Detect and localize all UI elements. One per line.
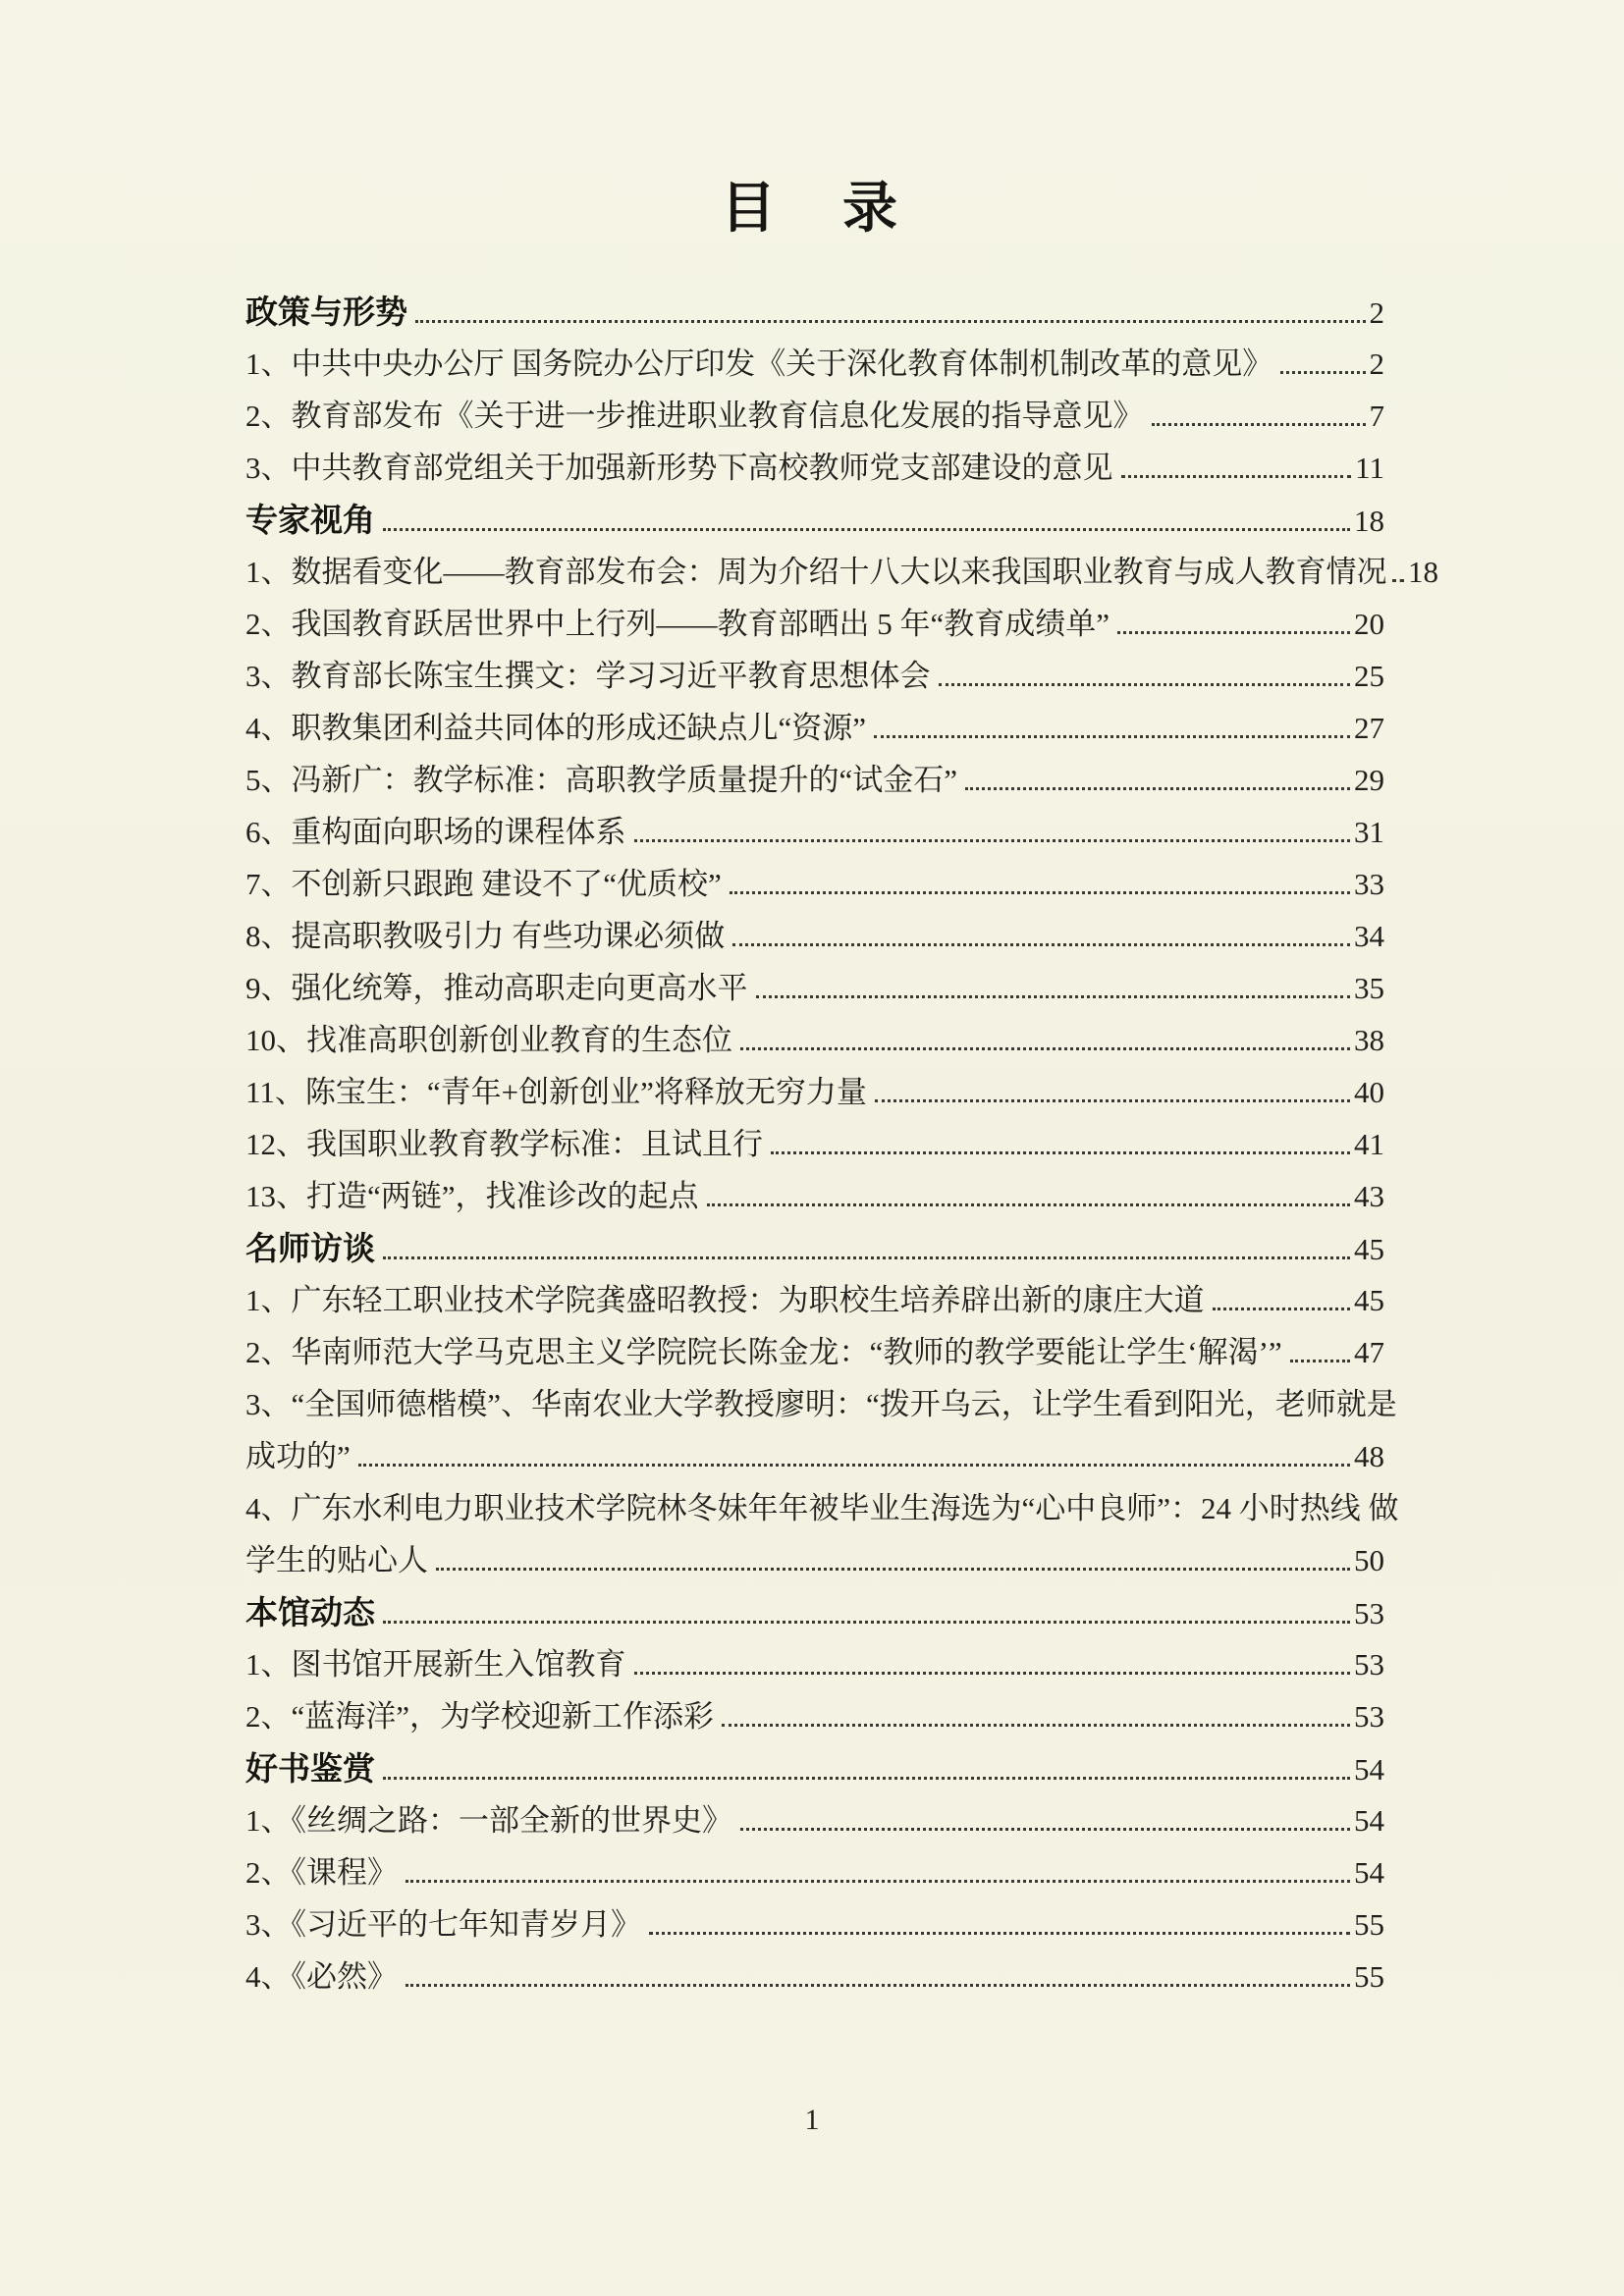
toc-item-text: 5、冯新广：教学标准：高职教学质量提升的“试金石” [245, 754, 957, 806]
dot-leader [634, 838, 1351, 842]
page-ref: 45 [1354, 1223, 1384, 1275]
toc-item-text: 2、我国教育跃居世界中上行列——教育部晒出 5 年“教育成绩单” [245, 598, 1110, 650]
toc-item-text: 3、《习近平的七年知青岁月》 [245, 1898, 641, 1950]
toc-item-text: 成功的” [245, 1430, 351, 1482]
page-ref: 55 [1354, 1898, 1384, 1950]
toc-item-row: 4、职教集团利益共同体的形成还缺点儿“资源”27 [245, 702, 1384, 754]
toc-item-text: 1、数据看变化——教育部发布会：周为介绍十八大以来我国职业教育与成人教育情况 [245, 546, 1384, 598]
dot-leader [732, 942, 1350, 946]
toc-item-text: 2、“蓝海洋”，为学校迎新工作添彩 [245, 1690, 714, 1742]
page-ref: 18 [1354, 495, 1384, 547]
toc-list: 政策与形势21、中共中央办公厅 国务院办公厅印发《关于深化教育体制机制改革的意见… [245, 286, 1384, 2002]
toc-item-text: 2、教育部发布《关于进一步推进职业教育信息化发展的指导意见》 [245, 390, 1144, 442]
page-ref: 2 [1370, 338, 1385, 390]
toc-section-row: 政策与形势2 [245, 286, 1384, 338]
toc-item-text: 7、不创新只跟跑 建设不了“优质校” [245, 858, 722, 910]
toc-item-text: 12、我国职业教育教学标准：且试且行 [245, 1118, 763, 1170]
toc-item-text: 4、职教集团利益共同体的形成还缺点儿“资源” [245, 702, 866, 754]
page-ref: 54 [1354, 1743, 1384, 1795]
page-ref: 47 [1354, 1326, 1384, 1378]
page-ref: 55 [1354, 1950, 1384, 2002]
toc-item-row: 3、中共教育部党组关于加强新形势下高校教师党支部建设的意见11 [245, 442, 1384, 494]
toc-item-row: 3、“全国师德楷模”、华南农业大学教授廖明：“拨开乌云，让学生看到阳光，老师就是 [245, 1378, 1384, 1430]
toc-item-row: 3、教育部长陈宝生撰文：学习习近平教育思想体会25 [245, 650, 1384, 702]
dot-leader [1121, 474, 1352, 478]
dot-leader [965, 786, 1350, 790]
dot-leader [730, 890, 1350, 894]
toc-section-row: 名师访谈45 [245, 1222, 1384, 1274]
page-ref: 25 [1354, 650, 1384, 702]
page-ref: 53 [1354, 1587, 1384, 1639]
toc-section-heading: 政策与形势 [245, 286, 407, 338]
toc-item-text: 4、《必然》 [245, 1950, 398, 2002]
page-ref: 53 [1354, 1690, 1384, 1742]
toc-item-row: 12、我国职业教育教学标准：且试且行41 [245, 1118, 1384, 1170]
toc-item-row: 2、教育部发布《关于进一步推进职业教育信息化发展的指导意见》7 [245, 390, 1384, 442]
footer: 1 [0, 2104, 1624, 2137]
dot-leader [383, 1776, 1350, 1780]
toc-item-text: 1、中共中央办公厅 国务院办公厅印发《关于深化教育体制机制改革的意见》 [245, 338, 1272, 390]
toc-item-row: 2、“蓝海洋”，为学校迎新工作添彩53 [245, 1690, 1384, 1742]
page-ref: 48 [1354, 1430, 1384, 1482]
toc-item-row: 2、我国教育跃居世界中上行列——教育部晒出 5 年“教育成绩单”20 [245, 598, 1384, 650]
toc-item-row: 2、华南师范大学马克思主义学院院长陈金龙：“教师的教学要能让学生‘解渴’”47 [245, 1326, 1384, 1378]
dot-leader [1280, 370, 1365, 374]
page-ref: 7 [1370, 390, 1385, 442]
page-ref: 54 [1354, 1794, 1384, 1846]
page-ref: 27 [1354, 702, 1384, 754]
page-ref: 20 [1354, 598, 1384, 650]
page-ref: 34 [1354, 910, 1384, 962]
toc-item-text: 9、强化统筹，推动高职走向更高水平 [245, 962, 748, 1014]
toc-item-text: 10、找准高职创新创业教育的生态位 [245, 1014, 732, 1066]
page-ref: 53 [1354, 1638, 1384, 1690]
toc-item-row: 3、《习近平的七年知青岁月》55 [245, 1898, 1384, 1950]
toc-item-row: 7、不创新只跟跑 建设不了“优质校”33 [245, 858, 1384, 910]
page-ref: 31 [1354, 806, 1384, 858]
toc-item-row: 13、打造“两链”，找准诊改的起点43 [245, 1170, 1384, 1222]
page-ref: 2 [1370, 287, 1385, 339]
toc-item-row: 5、冯新广：教学标准：高职教学质量提升的“试金石”29 [245, 754, 1384, 806]
dot-leader [740, 1046, 1350, 1050]
toc-item-row: 6、重构面向职场的课程体系31 [245, 806, 1384, 858]
toc-section-row: 专家视角18 [245, 494, 1384, 546]
dot-leader [722, 1723, 1350, 1727]
toc-item-row: 1、广东轻工职业技术学院龚盛昭教授：为职校生培养辟出新的康庄大道45 [245, 1274, 1384, 1326]
page-title: 目 录 [0, 179, 1624, 240]
toc-item-text: 11、陈宝生：“青年+创新创业”将释放无穷力量 [245, 1066, 867, 1118]
toc-item-row: 成功的”48 [245, 1430, 1384, 1482]
dot-leader [939, 682, 1351, 686]
toc-item-text: 3、中共教育部党组关于加强新形势下高校教师党支部建设的意见 [245, 442, 1113, 494]
dot-leader [707, 1202, 1350, 1206]
dot-leader [1290, 1359, 1350, 1362]
toc-item-text: 1、图书馆开展新生入馆教育 [245, 1638, 626, 1690]
dot-leader [1117, 630, 1350, 634]
page-ref: 18 [1408, 546, 1438, 598]
toc-item-text: 4、广东水利电力职业技术学院林冬妹年年被毕业生海选为“心中良师”：24 小时热线… [245, 1482, 1384, 1534]
page-ref: 40 [1354, 1066, 1384, 1118]
toc-item-text: 6、重构面向职场的课程体系 [245, 806, 626, 858]
toc-item-row: 1、图书馆开展新生入馆教育53 [245, 1638, 1384, 1690]
dot-leader [406, 1879, 1350, 1883]
page-ref: 50 [1354, 1534, 1384, 1586]
page-ref: 41 [1354, 1118, 1384, 1170]
toc-item-row: 11、陈宝生：“青年+创新创业”将释放无穷力量40 [245, 1066, 1384, 1118]
document-page: 目 录 政策与形势21、中共中央办公厅 国务院办公厅印发《关于深化教育体制机制改… [0, 0, 1624, 2296]
dot-leader [383, 1620, 1350, 1624]
toc-item-row: 1、数据看变化——教育部发布会：周为介绍十八大以来我国职业教育与成人教育情况18 [245, 546, 1384, 598]
dot-leader [383, 1255, 1350, 1259]
page-number: 1 [805, 2104, 820, 2136]
dot-leader [415, 319, 1366, 323]
dot-leader [634, 1671, 1351, 1675]
toc-section-heading: 名师访谈 [245, 1222, 375, 1274]
toc-item-text: 1、《丝绸之路：一部全新的世界史》 [245, 1794, 732, 1846]
toc-item-text: 2、《课程》 [245, 1846, 398, 1898]
toc-item-row: 8、提高职教吸引力 有些功课必须做34 [245, 910, 1384, 962]
toc-item-row: 4、广东水利电力职业技术学院林冬妹年年被毕业生海选为“心中良师”：24 小时热线… [245, 1482, 1384, 1534]
page-ref: 33 [1354, 858, 1384, 910]
toc-item-row: 9、强化统筹，推动高职走向更高水平35 [245, 962, 1384, 1014]
toc-section-row: 好书鉴赏54 [245, 1742, 1384, 1794]
page-ref: 35 [1354, 962, 1384, 1014]
page-ref: 43 [1354, 1170, 1384, 1222]
toc-section-row: 本馆动态53 [245, 1586, 1384, 1638]
page-ref: 45 [1354, 1274, 1384, 1326]
dot-leader [740, 1827, 1350, 1831]
page-ref: 54 [1354, 1846, 1384, 1898]
dot-leader [383, 527, 1350, 531]
toc-item-text: 3、“全国师德楷模”、华南农业大学教授廖明：“拨开乌云，让学生看到阳光，老师就是 [245, 1378, 1384, 1430]
dot-leader [1213, 1307, 1351, 1310]
dot-leader [771, 1150, 1350, 1154]
toc-item-text: 学生的贴心人 [245, 1534, 428, 1586]
dot-leader [406, 1983, 1350, 1987]
toc-item-row: 10、找准高职创新创业教育的生态位38 [245, 1014, 1384, 1066]
dot-leader [756, 994, 1351, 998]
dot-leader [874, 734, 1350, 738]
toc-item-text: 1、广东轻工职业技术学院龚盛昭教授：为职校生培养辟出新的康庄大道 [245, 1274, 1205, 1326]
dot-leader [1392, 578, 1404, 582]
dot-leader [1152, 422, 1366, 426]
toc-item-row: 4、《必然》55 [245, 1950, 1384, 2002]
toc-item-text: 13、打造“两链”，找准诊改的起点 [245, 1170, 699, 1222]
toc-item-text: 8、提高职教吸引力 有些功课必须做 [245, 910, 725, 962]
toc-item-text: 2、华南师范大学马克思主义学院院长陈金龙：“教师的教学要能让学生‘解渴’” [245, 1326, 1282, 1378]
toc-item-row: 学生的贴心人50 [245, 1534, 1384, 1586]
toc-section-heading: 本馆动态 [245, 1586, 375, 1638]
dot-leader [875, 1098, 1350, 1102]
page-ref: 11 [1355, 442, 1384, 494]
dot-leader [649, 1931, 1350, 1935]
toc-section-heading: 专家视角 [245, 494, 375, 546]
toc-item-text: 3、教育部长陈宝生撰文：学习习近平教育思想体会 [245, 650, 931, 702]
toc-item-row: 1、《丝绸之路：一部全新的世界史》54 [245, 1794, 1384, 1846]
page-ref: 29 [1354, 754, 1384, 806]
toc-item-row: 2、《课程》54 [245, 1846, 1384, 1898]
dot-leader [358, 1463, 1350, 1467]
dot-leader [436, 1567, 1350, 1571]
toc-section-heading: 好书鉴赏 [245, 1742, 375, 1794]
toc-item-row: 1、中共中央办公厅 国务院办公厅印发《关于深化教育体制机制改革的意见》2 [245, 338, 1384, 390]
page-ref: 38 [1354, 1014, 1384, 1066]
